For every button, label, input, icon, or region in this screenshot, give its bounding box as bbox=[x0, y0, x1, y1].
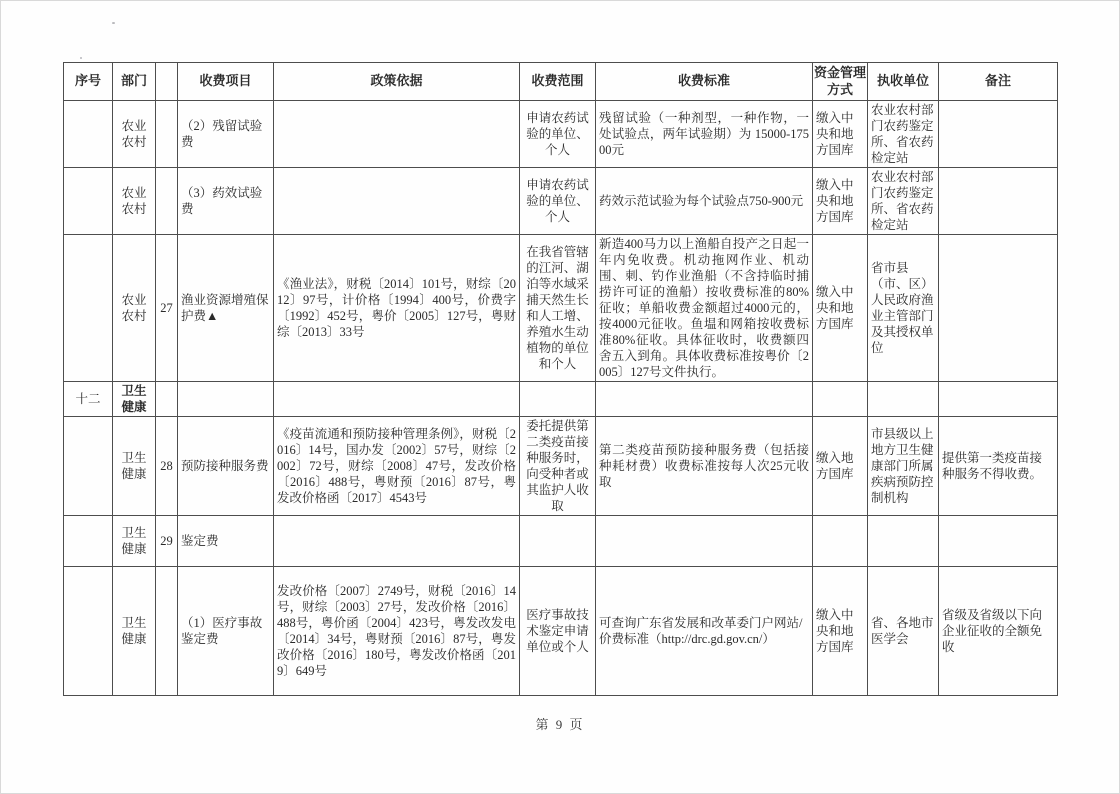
cell-fee-scope bbox=[520, 382, 596, 417]
cell-serial: 十二 bbox=[64, 382, 113, 417]
cell-fee-standard bbox=[596, 516, 813, 567]
header-fee-scope: 收费范围 bbox=[520, 63, 596, 101]
cell-fund-management bbox=[813, 382, 868, 417]
header-policy-basis: 政策依据 bbox=[274, 63, 520, 101]
cell-collecting-unit: 市县级以上地方卫生健康部门所属疾病预防控制机构 bbox=[868, 417, 939, 516]
cell-item-no: 29 bbox=[156, 516, 178, 567]
scanned-document-page: 序号 部门 收费项目 政策依据 收费范围 收费标准 资金管理方式 执收单位 备注… bbox=[0, 0, 1120, 794]
cell-serial bbox=[64, 567, 113, 696]
cell-remarks bbox=[939, 516, 1058, 567]
header-department: 部门 bbox=[113, 63, 156, 101]
cell-fee-standard: 第二类疫苗预防接种服务费（包括接种耗材费）收费标准按每人次25元收取 bbox=[596, 417, 813, 516]
cell-fee-scope bbox=[520, 516, 596, 567]
header-serial: 序号 bbox=[64, 63, 113, 101]
cell-fee-standard: 可查询广东省发展和改革委门户网站/价费标准（http://drc.gd.gov.… bbox=[596, 567, 813, 696]
cell-fee-scope: 委托提供第二类疫苗接种服务时，向受种者或其监护人收取 bbox=[520, 417, 596, 516]
cell-fee-scope: 申请农药试验的单位、个人 bbox=[520, 168, 596, 235]
cell-fee-item: （1）医疗事故鉴定费 bbox=[178, 567, 274, 696]
cell-remarks: 省级及省级以下向企业征收的全额免收 bbox=[939, 567, 1058, 696]
scan-artifact bbox=[80, 57, 82, 59]
table-row: 卫生健康 28 预防接种服务费 《疫苗流通和预防接种管理条例》，财税〔2016〕… bbox=[64, 417, 1058, 516]
cell-fund-management bbox=[813, 516, 868, 567]
cell-collecting-unit bbox=[868, 516, 939, 567]
cell-department: 卫生健康 bbox=[113, 567, 156, 696]
cell-fee-item: 鉴定费 bbox=[178, 516, 274, 567]
table-row: 卫生健康 29 鉴定费 bbox=[64, 516, 1058, 567]
cell-fee-item bbox=[178, 382, 274, 417]
cell-fee-scope: 医疗事故技术鉴定申请单位或个人 bbox=[520, 567, 596, 696]
cell-department: 农业农村 bbox=[113, 235, 156, 382]
cell-collecting-unit bbox=[868, 382, 939, 417]
cell-remarks bbox=[939, 382, 1058, 417]
cell-fee-scope: 申请农药试验的单位、个人 bbox=[520, 101, 596, 168]
table-row: 农业农村 （2）残留试验费 申请农药试验的单位、个人 残留试验（一种剂型，一种作… bbox=[64, 101, 1058, 168]
cell-collecting-unit: 农业农村部门农药鉴定所、省农药检定站 bbox=[868, 168, 939, 235]
cell-fund-management: 缴入中央和地方国库 bbox=[813, 168, 868, 235]
cell-fee-item: （2）残留试验费 bbox=[178, 101, 274, 168]
cell-fee-standard bbox=[596, 382, 813, 417]
cell-fee-item: 渔业资源增殖保护费▲ bbox=[178, 235, 274, 382]
cell-fee-item: 预防接种服务费 bbox=[178, 417, 274, 516]
cell-department: 卫生健康 bbox=[113, 516, 156, 567]
cell-remarks: 提供第一类疫苗接种服务不得收费。 bbox=[939, 417, 1058, 516]
header-fee-item: 收费项目 bbox=[178, 63, 274, 101]
cell-department: 卫生健康 bbox=[113, 417, 156, 516]
header-fee-standard: 收费标准 bbox=[596, 63, 813, 101]
cell-policy-basis bbox=[274, 168, 520, 235]
cell-policy-basis bbox=[274, 516, 520, 567]
table-row: 农业农村 （3）药效试验费 申请农药试验的单位、个人 药效示范试验为每个试验点7… bbox=[64, 168, 1058, 235]
header-remarks: 备注 bbox=[939, 63, 1058, 101]
cell-serial bbox=[64, 168, 113, 235]
cell-serial bbox=[64, 516, 113, 567]
cell-fee-standard: 残留试验（一种剂型，一种作物，一处试验点，两年试验期）为 15000-17500… bbox=[596, 101, 813, 168]
cell-fee-scope: 在我省管辖的江河、湖泊等水域采捕天然生长和人工增、养殖水生动植物的单位和个人 bbox=[520, 235, 596, 382]
cell-serial bbox=[64, 101, 113, 168]
scan-artifact bbox=[112, 22, 115, 24]
page-number: 第 9 页 bbox=[0, 714, 1120, 733]
cell-department: 农业农村 bbox=[113, 101, 156, 168]
cell-fund-management: 缴入中央和地方国库 bbox=[813, 235, 868, 382]
cell-item-no bbox=[156, 168, 178, 235]
section-row: 十二 卫生健康 bbox=[64, 382, 1058, 417]
cell-collecting-unit: 省市县（市、区）人民政府渔业主管部门及其授权单位 bbox=[868, 235, 939, 382]
cell-fund-management: 缴入中央和地方国库 bbox=[813, 567, 868, 696]
cell-serial bbox=[64, 235, 113, 382]
cell-fund-management: 缴入地方国库 bbox=[813, 417, 868, 516]
cell-policy-basis: 发改价格〔2007〕2749号，财税〔2016〕14号，财综〔2003〕27号，… bbox=[274, 567, 520, 696]
cell-policy-basis bbox=[274, 382, 520, 417]
header-fund-management: 资金管理方式 bbox=[813, 63, 868, 101]
cell-collecting-unit: 省、各地市医学会 bbox=[868, 567, 939, 696]
cell-item-no bbox=[156, 382, 178, 417]
cell-fee-standard: 新造400马力以上渔船自投产之日起一年内免收费。机动拖网作业、机动围、刺、钓作业… bbox=[596, 235, 813, 382]
cell-policy-basis: 《渔业法》，财税〔2014〕101号，财综〔2012〕97号，计价格〔1994〕… bbox=[274, 235, 520, 382]
cell-fee-standard: 药效示范试验为每个试验点750-900元 bbox=[596, 168, 813, 235]
cell-fee-item: （3）药效试验费 bbox=[178, 168, 274, 235]
table-row: 卫生健康 （1）医疗事故鉴定费 发改价格〔2007〕2749号，财税〔2016〕… bbox=[64, 567, 1058, 696]
cell-item-no bbox=[156, 567, 178, 696]
cell-remarks bbox=[939, 235, 1058, 382]
cell-remarks bbox=[939, 101, 1058, 168]
cell-collecting-unit: 农业农村部门农药鉴定所、省农药检定站 bbox=[868, 101, 939, 168]
header-collecting-unit: 执收单位 bbox=[868, 63, 939, 101]
cell-remarks bbox=[939, 168, 1058, 235]
table-header-row: 序号 部门 收费项目 政策依据 收费范围 收费标准 资金管理方式 执收单位 备注 bbox=[64, 63, 1058, 101]
cell-policy-basis bbox=[274, 101, 520, 168]
cell-item-no bbox=[156, 101, 178, 168]
cell-department: 卫生健康 bbox=[113, 382, 156, 417]
cell-fund-management: 缴入中央和地方国库 bbox=[813, 101, 868, 168]
header-item-no bbox=[156, 63, 178, 101]
cell-item-no: 28 bbox=[156, 417, 178, 516]
fee-schedule-table: 序号 部门 收费项目 政策依据 收费范围 收费标准 资金管理方式 执收单位 备注… bbox=[63, 62, 1058, 696]
table-row: 农业农村 27 渔业资源增殖保护费▲ 《渔业法》，财税〔2014〕101号，财综… bbox=[64, 235, 1058, 382]
cell-serial bbox=[64, 417, 113, 516]
cell-policy-basis: 《疫苗流通和预防接种管理条例》，财税〔2016〕14号，国办发〔2002〕57号… bbox=[274, 417, 520, 516]
cell-item-no: 27 bbox=[156, 235, 178, 382]
cell-department: 农业农村 bbox=[113, 168, 156, 235]
